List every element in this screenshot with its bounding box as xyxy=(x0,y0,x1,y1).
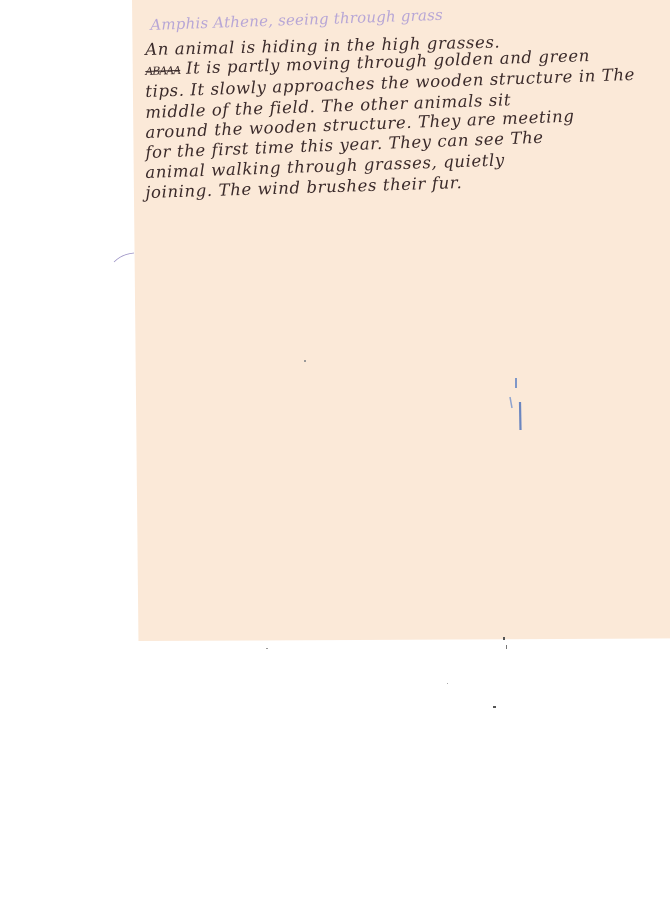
pen-stroke-mark xyxy=(112,250,137,264)
blue-ink-marks xyxy=(505,375,525,435)
crossed-out-text: ABAAA xyxy=(145,64,180,78)
speck xyxy=(506,645,507,649)
speck xyxy=(493,706,496,708)
speck xyxy=(447,683,448,684)
speck xyxy=(266,648,268,649)
speck xyxy=(503,637,505,640)
speck xyxy=(304,360,306,362)
